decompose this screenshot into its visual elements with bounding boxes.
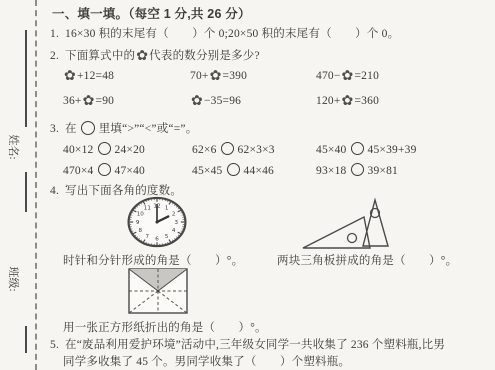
set-squares-icon: [299, 197, 391, 251]
equation-post: =210: [354, 70, 379, 82]
question-2-text-pre: 下面算式中的: [65, 50, 135, 62]
flower-icon: ✿: [342, 94, 354, 109]
compare-right: 62×3×3: [238, 144, 275, 156]
equation-post: −35=96: [204, 95, 241, 107]
square-caption: 用一张正方形纸折出的角是（ ）°。: [63, 319, 267, 335]
folded-square-icon: [128, 268, 188, 314]
clock-part: 11: [144, 206, 152, 212]
clock-part: 1: [165, 206, 169, 212]
class-blank-line: [25, 326, 27, 353]
question-5-text1: 在“废品利用爱护环境”活动中,三年级女同学一共收集了 236 个塑料瓶,比男: [65, 339, 445, 351]
square-figure: [128, 268, 188, 314]
compare-circle-icon: [221, 142, 234, 155]
name-blank-line: [25, 172, 27, 212]
equation-pre: 470−: [316, 70, 341, 82]
section-title: 一、填一填。（每空 1 分,共 26 分）: [52, 4, 251, 22]
compare-circle-icon: [98, 142, 111, 155]
flower-icon: ✿: [210, 69, 222, 84]
worksheet-page: 姓名: 班级: 一、填一填。（每空 1 分,共 26 分） 1.16×30 积的…: [0, 0, 495, 370]
compare-right: 24×20: [115, 144, 146, 156]
compare-right: 39×81: [368, 165, 399, 177]
compare-circle-icon: [351, 163, 364, 176]
compare-circle-icon: [81, 121, 95, 135]
equation-post: =360: [354, 95, 379, 107]
equation-post: =90: [96, 95, 115, 107]
compare-right: 47×40: [115, 165, 146, 177]
clock-part: 9: [136, 220, 140, 226]
clock-part: 8: [138, 228, 142, 234]
flower-icon: ✿: [191, 94, 203, 109]
fold-center-dot: [157, 290, 160, 293]
compare-left: 40×12: [63, 144, 94, 156]
question-3-text-pre: 在: [65, 123, 77, 135]
equation-post: =390: [223, 70, 248, 82]
question-2-text-post: 代表的数分别是多少?: [149, 50, 260, 62]
equation: ✿−35=96: [190, 95, 241, 109]
binding-dashed-line: [35, 0, 37, 370]
clock-part: 3: [175, 220, 179, 226]
question-3-number: 3.: [50, 123, 59, 135]
clock-part: 7: [146, 234, 150, 240]
comparison: 45×4045×39+39: [316, 142, 417, 156]
compare-left: 45×40: [316, 144, 347, 156]
flower-icon: ✿: [342, 69, 354, 84]
clock-part: 5: [165, 234, 169, 240]
compare-left: 45×45: [192, 165, 223, 177]
equation: 470−✿=210: [316, 70, 379, 84]
question-1-text: 16×30 积的末尾有（ ）个 0;20×50 积的末尾有（ ）个 0。: [65, 28, 399, 40]
name-label: 姓名:: [6, 127, 22, 167]
question-2: 2.下面算式中的✿代表的数分别是多少?: [50, 47, 260, 64]
class-label: 班级:: [6, 259, 22, 299]
question-3: 3.在里填“>”“<”或“=”。: [50, 120, 197, 136]
compare-circle-icon: [98, 163, 111, 176]
comparison: 93×1839×81: [316, 163, 398, 177]
equation-pre: 36+: [63, 95, 82, 107]
clock-part: 10: [137, 212, 145, 218]
comparison: 62×662×3×3: [192, 142, 275, 156]
compare-left: 62×6: [192, 144, 217, 156]
question-5-line1: 5.在“废品利用爱护环境”活动中,三年级女同学一共收集了 236 个塑料瓶,比男: [50, 336, 445, 352]
left-triangle-outline: [303, 217, 370, 248]
question-5-number: 5.: [50, 339, 59, 351]
equation: 120+✿=360: [316, 95, 379, 109]
flower-icon: ✿: [136, 49, 148, 64]
school-blank-line: [25, 30, 27, 127]
triangles-figure: [299, 197, 391, 251]
compare-left: 93×18: [316, 165, 347, 177]
equation: 36+✿=90: [63, 95, 114, 109]
question-5-line2: 同学多收集了 45 个。男同学收集了（ ）个塑料瓶。: [63, 353, 350, 369]
compare-left: 470×4: [63, 165, 94, 177]
comparison: 40×1224×20: [63, 142, 145, 156]
question-2-number: 2.: [50, 50, 59, 62]
right-triangle-outline: [363, 200, 388, 246]
compare-right: 44×46: [244, 165, 275, 177]
compare-circle-icon: [351, 142, 364, 155]
question-4-number: 4.: [50, 185, 59, 197]
comparison: 470×447×40: [63, 163, 145, 177]
triangle-caption: 两块三角板拼成的角是（ ）°。: [277, 252, 457, 268]
equation: 70+✿=390: [190, 70, 247, 84]
clock-part: 2: [172, 212, 176, 218]
equation-post: +12=48: [77, 70, 114, 82]
clock-figure: 121234567891011: [126, 196, 188, 248]
clock-part: 6: [155, 236, 159, 242]
comparison: 45×4544×46: [192, 163, 274, 177]
compare-circle-icon: [227, 163, 240, 176]
question-1-number: 1.: [50, 28, 59, 40]
equation-pre: 120+: [316, 95, 341, 107]
compare-right: 45×39+39: [368, 144, 417, 156]
equation-pre: 70+: [190, 70, 209, 82]
equation: ✿+12=48: [63, 70, 114, 84]
clock-part: [155, 220, 158, 223]
clock-part: 4: [172, 228, 176, 234]
flower-icon: ✿: [83, 94, 95, 109]
clock-caption: 时针和分针形成的角是（ ）°。: [63, 252, 243, 268]
question-3-text-post: 里填“>”“<”或“=”。: [99, 123, 198, 135]
question-1: 1.16×30 积的末尾有（ ）个 0;20×50 积的末尾有（ ）个 0。: [50, 25, 399, 41]
clock-face: 121234567891011: [126, 196, 188, 248]
flower-icon: ✿: [64, 69, 76, 84]
left-triangle-hole: [348, 234, 357, 243]
